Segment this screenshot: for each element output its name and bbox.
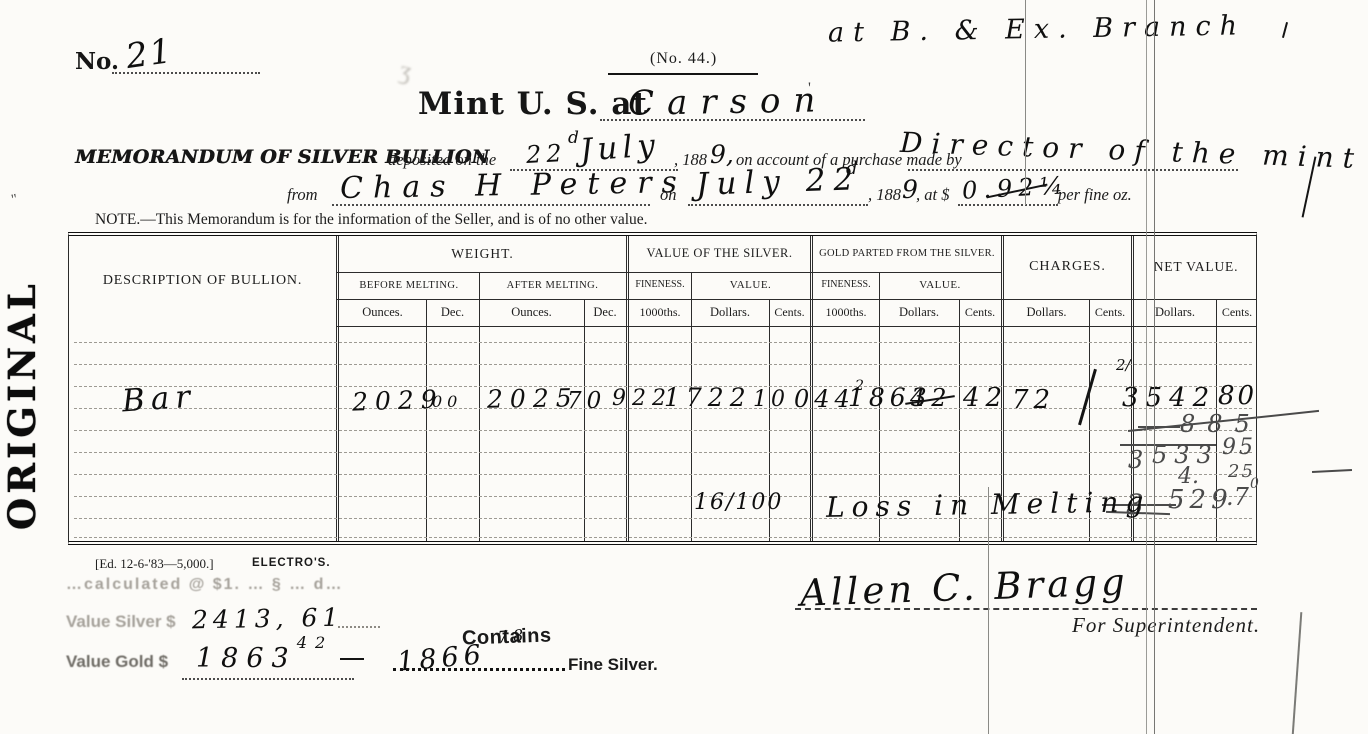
- col-divider: [426, 299, 427, 541]
- contains-cents-superscript: 78: [497, 625, 529, 647]
- per-fine-oz-label: per fine oz.: [1058, 185, 1132, 205]
- ruled-line: [74, 452, 1252, 453]
- row-silver-cents: 10: [753, 387, 789, 412]
- memorandum-document: ORIGINAL No. 21 ʒ (No. 44.) at B. & Ex. …: [0, 0, 1368, 734]
- fold-crease-1: [1146, 0, 1147, 734]
- loss-fraction-handwriting: 16/100: [694, 490, 783, 515]
- value-gold-dotted-line: [182, 678, 354, 680]
- header-fineness-silver: FINENESS.: [629, 272, 691, 299]
- header-before-melting: BEFORE MELTING.: [339, 272, 479, 299]
- date2-handwriting: July 22: [695, 161, 861, 203]
- value-gold-cents-superscript: 42: [297, 633, 334, 652]
- date2-dotted-line: [688, 204, 868, 206]
- signature-line: [795, 608, 1257, 610]
- note-text: NOTE.—This Memorandum is for the informa…: [95, 211, 648, 229]
- ink-smudge: ʒ: [397, 55, 415, 87]
- row-silver-fineness: 922: [612, 386, 672, 411]
- fold-crease-2: [1154, 0, 1155, 734]
- corner-note-handwriting: at B. & Ex. Branch: [828, 10, 1246, 48]
- fold-crease-bottom: [988, 487, 989, 734]
- pencil-result2-superscript: 0: [1250, 476, 1259, 492]
- edition-note: [Ed. 12-6-'83—5,000.]: [95, 556, 214, 572]
- value-silver-stamp: Value Silver $: [66, 612, 176, 632]
- form-number-label: No.: [75, 48, 119, 75]
- value-silver-trailing-dots: [338, 626, 380, 628]
- value-silver-handwriting: 2413, 61: [192, 603, 344, 635]
- pencil-result1-cents: 95: [1222, 435, 1256, 460]
- ruled-line: [74, 474, 1252, 475]
- row-description-handwriting: Bar: [121, 378, 197, 419]
- value-gold-handwriting: 186342: [196, 642, 333, 674]
- buyer-dotted-line: [908, 169, 1238, 171]
- seller-handwriting: Chas H Peters: [340, 165, 687, 206]
- header-charges: CHARGES.: [1004, 236, 1131, 299]
- row-charges-dollars: 42: [963, 383, 1008, 413]
- net-small-fraction: 2/: [1116, 356, 1131, 374]
- year2-printed: , 188: [868, 185, 901, 205]
- unit-dec-before: Dec.: [426, 299, 479, 326]
- ruled-line: [74, 430, 1252, 431]
- unit-cents-net: Cents.: [1216, 299, 1258, 326]
- electros-label: ELECTRO'S.: [252, 557, 331, 569]
- header-value-silver-sub: VALUE.: [691, 272, 810, 299]
- unit-1000ths-gold: 1000ths.: [813, 299, 879, 326]
- header-after-melting: AFTER MELTING.: [479, 272, 626, 299]
- header-fineness-gold: FINENESS.: [813, 272, 879, 299]
- pencil-dash-right: [1312, 469, 1352, 473]
- year1-written-digit: 9,: [710, 140, 734, 169]
- stray-tick: ': [808, 80, 811, 98]
- pencil-result2-point: .7: [1226, 483, 1249, 511]
- header-rule: [336, 326, 1257, 327]
- ruled-line: [74, 537, 1252, 538]
- value-gold-stamp: Value Gold $: [66, 652, 168, 672]
- contains-amount-handwriting: 1866 78: [396, 634, 531, 677]
- row-silver-dollars: 1722: [664, 383, 752, 412]
- form-number-value: 21: [123, 31, 175, 77]
- row-net-dollars: 3542: [1122, 383, 1216, 413]
- for-superintendent-label: For Superintendent.: [1072, 613, 1260, 638]
- mint-location-handwriting: Carson: [628, 80, 829, 123]
- unit-1000ths-silver: 1000ths.: [629, 299, 691, 326]
- col-divider: [584, 299, 585, 541]
- crease-bottom-right: [1292, 612, 1302, 734]
- deposited-on-text: deposited on the: [388, 150, 496, 170]
- original-stamp: ORIGINAL: [0, 284, 48, 530]
- row-charges-cents: 72: [1012, 385, 1055, 415]
- plate-underline: [608, 73, 758, 75]
- unit-ounces-after: Ounces.: [479, 299, 584, 326]
- faint-stamp-line: …calculated @ $1. … § … d…: [66, 576, 343, 594]
- date1-month-handwriting: July: [579, 127, 661, 168]
- price-dotted-line: [958, 204, 1058, 206]
- unit-cents-silver: Cents.: [769, 299, 810, 326]
- header-gold-parted: GOLD PARTED FROM THE SILVER.: [813, 241, 1001, 267]
- header-description: DESCRIPTION OF BULLION.: [69, 236, 336, 326]
- row-before-dec: 00: [432, 392, 462, 411]
- date1-day-handwriting: 22: [525, 139, 567, 169]
- unit-dollars-silver: Dollars.: [691, 299, 769, 326]
- date2-suffix: d: [846, 158, 858, 179]
- unit-dec-after: Dec.: [584, 299, 626, 326]
- pencil-result2: 529: [1168, 485, 1233, 515]
- row-net-cents: 80: [1218, 381, 1257, 411]
- pencil-result1-lead: 3: [1128, 446, 1143, 474]
- header-net-value: NET VALUE.: [1134, 236, 1258, 299]
- row-after-dec: 70: [567, 388, 606, 414]
- unit-cents-gold: Cents.: [959, 299, 1001, 326]
- on-label: on: [660, 185, 677, 205]
- title-dotted-line: [600, 119, 865, 121]
- from-label: from: [287, 185, 318, 205]
- at-dollar-label: , at $: [916, 185, 949, 205]
- stray-mark-top-right: [1282, 22, 1288, 38]
- contains-dotted-line: [393, 668, 565, 671]
- fine-silver-stamp: Fine Silver.: [568, 655, 658, 675]
- header-value-gold-sub: VALUE.: [879, 272, 1001, 299]
- signature-handwriting: Allen C. Bragg: [799, 560, 1129, 614]
- buyer-handwriting: Director of the mint: [900, 126, 1364, 175]
- ruled-line: [74, 342, 1252, 343]
- date1-day-suffix: d: [568, 128, 579, 148]
- row-after-ounces: 2025: [487, 383, 579, 414]
- header-weight: WEIGHT.: [339, 239, 626, 269]
- header-value-silver: VALUE OF THE SILVER.: [629, 239, 810, 269]
- unit-dollars-gold: Dollars.: [879, 299, 959, 326]
- value-gold-dash: [340, 658, 364, 660]
- unit-ounces-before: Ounces.: [339, 299, 426, 326]
- plate-number: (No. 44.): [650, 50, 717, 68]
- row-before-ounces: 2029: [352, 384, 445, 416]
- stray-quote-marks: '': [10, 192, 19, 210]
- price-handwriting: 0.92¼: [961, 171, 1069, 205]
- unit-cents-charges: Cents.: [1089, 299, 1131, 326]
- fold-crease-top: [1025, 0, 1026, 205]
- ruled-line: [74, 364, 1252, 365]
- mint-title-printed: Mint U. S. at: [418, 86, 648, 122]
- unit-dollars-charges: Dollars.: [1004, 299, 1089, 326]
